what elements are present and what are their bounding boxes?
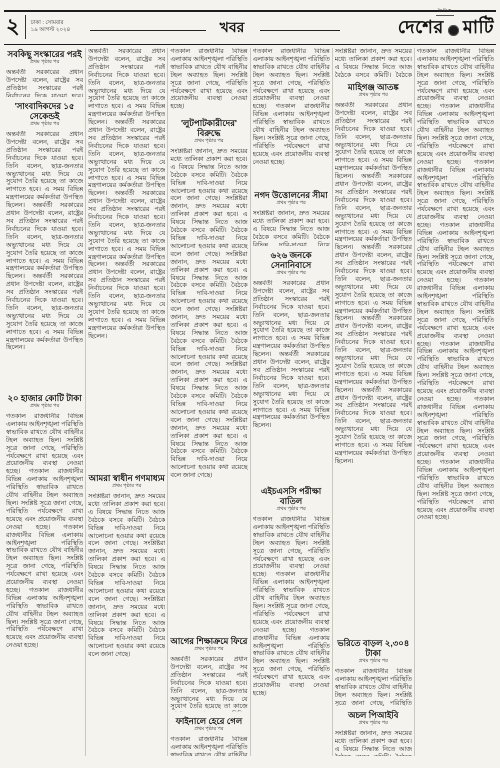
article-body: অন্তর্বর্তী সরকারের প্রধান উপদেষ্টা বলেন…	[88, 48, 165, 469]
newspaper-logo: দৈনিক দেশের মাটি	[398, 13, 494, 44]
article-body: গতকাল রাজধানীর বিভিন্ন এলাকায় আইনশৃঙ্খল…	[6, 413, 83, 756]
logo-daily-label: দৈনিক	[436, 8, 454, 16]
continued-from-label: প্রথম পৃষ্ঠার পর	[253, 201, 330, 207]
article-body: সংশ্লিষ্টরা জানান, দ্রুত সময়ের মধ্যে তা…	[335, 48, 412, 78]
news-column-5: সংশ্লিষ্টরা জানান, দ্রুত সময়ের মধ্যে তা…	[333, 48, 415, 756]
top-rule	[4, 10, 496, 12]
page-number-box: ২ ঢাকা : সোমবার ১৯ আগস্ট ২০২৪	[6, 14, 70, 40]
article-body: গতকাল রাজধানীর বিভিন্ন এলাকায় আইনশৃঙ্খল…	[417, 48, 494, 756]
page-number: ২	[6, 14, 20, 40]
headline-hsc-porikkha-batil: এইচএসসি পরীক্ষা বাতিল	[253, 486, 330, 506]
article-body: গতকাল রাজধানীর বিভিন্ন এলাকায় আইনশৃঙ্খল…	[253, 516, 330, 756]
logo-word-1: দেশের	[398, 13, 444, 44]
headline-626-jonke-senanibashe: ৬২৬ জনকে সেনানিবাসে	[253, 250, 330, 270]
article-columns: সবকিছু সংস্কারের পরই প্রথম পৃষ্ঠার পর অন…	[4, 48, 496, 756]
article-body: গতকাল রাজধানীর বিভিন্ন এলাকায় আইনশৃঙ্খল…	[170, 48, 247, 114]
article-body: অন্তর্বর্তী সরকারের প্রধান উপদেষ্টা বলেন…	[335, 102, 412, 634]
edition-date-line: ১৯ আগস্ট ২০২৪	[31, 27, 71, 34]
news-column-2: অন্তর্বর্তী সরকারের প্রধান উপদেষ্টা বলেন…	[86, 48, 168, 756]
section-flank-line-right	[260, 30, 340, 31]
headline-sobkichu-songskarer: সবকিছু সংস্কারের পরই	[6, 49, 83, 59]
article-body: গতকাল রাজধানীর বিভিন্ন এলাকায় আইনশৃঙ্খল…	[170, 736, 247, 756]
article-body: অন্তর্বর্তী সরকারের প্রধান উপদেষ্টা বলেন…	[253, 280, 330, 482]
logo-word-2: মাটি	[463, 13, 494, 44]
headline-ager-shikkhakrome-fire: আগের শিক্ষাক্রমে ফিরে	[170, 636, 247, 646]
continued-from-label: প্রথম পৃষ্ঠার পর	[88, 484, 165, 490]
headline-lutpatkarider-biruddhe: 'লুটপাটকারীদের' বিরুদ্ধে	[170, 118, 247, 138]
article-body: অন্তর্বর্তী সরকারের প্রধান উপদেষ্টা বলেন…	[170, 656, 247, 712]
continued-from-label: প্রথম পৃষ্ঠার পর	[6, 60, 83, 66]
logo-sun-circle-icon	[448, 25, 459, 36]
headline-bhorite-barlo-2304-taka: ভরিতে বাড়ল ২,৩০৪ টাকা	[335, 638, 412, 658]
continued-from-label: প্রথম পৃষ্ঠার পর	[6, 404, 83, 410]
masthead: ২ ঢাকা : সোমবার ১৯ আগস্ট ২০২৪ খবর দৈনিক …	[4, 13, 496, 43]
headline-amra-swadhin-gonomaddhom: আমরা স্বাধীন গণমাধ্যম	[88, 473, 165, 483]
page-number-divider	[25, 15, 26, 39]
edition-city-day: ঢাকা : সোমবার	[31, 20, 71, 27]
news-column-1: সবকিছু সংস্কারের পরই প্রথম পৃষ্ঠার পর অন…	[4, 48, 86, 756]
newspaper-page: ২ ঢাকা : সোমবার ১৯ আগস্ট ২০২৪ খবর দৈনিক …	[0, 0, 500, 768]
section-title: খবর	[207, 16, 257, 40]
article-body: গতকাল রাজধানীর বিভিন্ন এলাকায় আইনশৃঙ্খল…	[253, 48, 330, 186]
continued-from-label: প্রথম পৃষ্ঠার পর	[335, 721, 412, 727]
article-body: গতকাল রাজধানীর বিভিন্ন এলাকায় আইনশৃঙ্খল…	[335, 668, 412, 706]
edition-date: ঢাকা : সোমবার ১৯ আগস্ট ২০২৪	[31, 20, 71, 34]
continued-from-label: প্রথম পৃষ্ঠার পর	[335, 93, 412, 99]
article-body: অন্তর্বর্তী সরকারের প্রধান উপদেষ্টা বলেন…	[6, 69, 83, 97]
continued-from-label: প্রথম পৃষ্ঠার পর	[253, 271, 330, 277]
article-body: সংশ্লিষ্টরা জানান, দ্রুত সময়ের মধ্যে তা…	[253, 210, 330, 246]
headline-20-hajar-koti-taka: ২০ হাজার কোটি টাকা	[6, 393, 83, 403]
article-body: সংশ্লিষ্টরা জানান, দ্রুত সময়ের মধ্যে তা…	[88, 493, 165, 756]
headline-nogod-uttoloner-sima: নগদ উত্তোলনের সীমা	[253, 190, 330, 200]
continued-from-label: প্রথম পৃষ্ঠার পর	[335, 659, 412, 665]
continued-from-label: প্রথম পৃষ্ঠার পর	[170, 647, 247, 653]
headline-ochol-piaibi: অচল পিআইবি	[335, 710, 412, 720]
news-column-3: গতকাল রাজধানীর বিভিন্ন এলাকায় আইনশৃঙ্খল…	[168, 48, 250, 756]
continued-from-label: প্রথম পৃষ্ঠার পর	[253, 507, 330, 513]
headline-finale-here-gelo: ফাইনালে হেরে গেল	[170, 716, 247, 726]
continued-from-label: প্রথম পৃষ্ঠার পর	[6, 122, 83, 128]
news-column-4: গতকাল রাজধানীর বিভিন্ন এলাকায় আইনশৃঙ্খল…	[251, 48, 333, 756]
continued-from-label: প্রথম পৃষ্ঠার পর	[170, 139, 247, 145]
masthead-rule	[4, 44, 496, 45]
news-column-6: গতকাল রাজধানীর বিভিন্ন এলাকায় আইনশৃঙ্খল…	[415, 48, 496, 756]
section-flank-line-left	[90, 30, 206, 31]
article-body: সংশ্লিষ্টরা জানান, দ্রুত সময়ের মধ্যে তা…	[335, 730, 412, 756]
headline-sangbadikder-15-second: 'সাংবাদিকদের ১৫ সেকেন্ডই	[6, 101, 83, 121]
article-body: অন্তর্বর্তী সরকারের প্রধান উপদেষ্টা বলেন…	[6, 131, 83, 389]
article-body: সংশ্লিষ্টরা জানান, দ্রুত সময়ের মধ্যে তা…	[170, 148, 247, 632]
headline-mahiganj-atonko: মাহিগঞ্জ আতঙ্ক	[335, 82, 412, 92]
continued-from-label: প্রথম পৃষ্ঠার পর	[170, 727, 247, 733]
